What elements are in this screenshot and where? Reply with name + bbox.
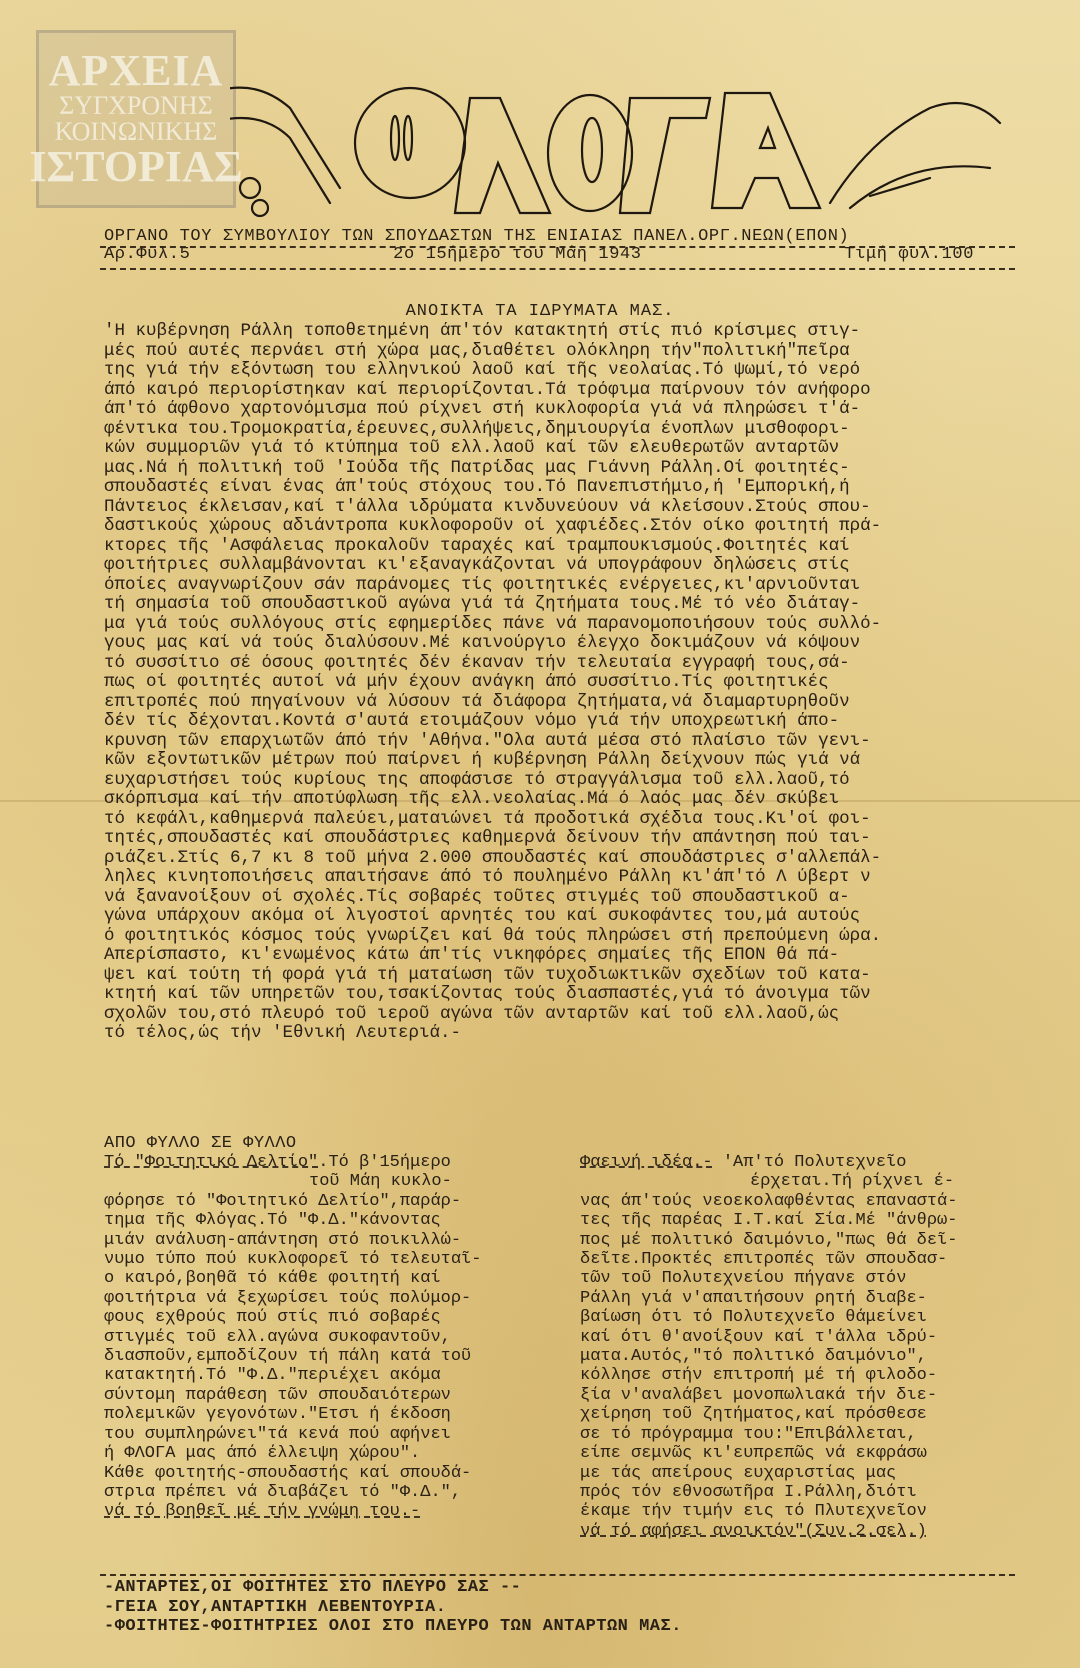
- column-line: με τάς απείρους ευχαριστίας μας: [580, 1464, 1010, 1483]
- column-line: πολεμικῶν γεγονότων."Ετσι ή έκδοση: [104, 1405, 534, 1424]
- article-line: 'Η κυβέρνηση Ράλλη τοποθετημένη άπ'τόν κ…: [104, 322, 1004, 342]
- article-line: επιτροπές πού πηγαίνουν νά λύσουν τά διά…: [104, 693, 1004, 713]
- column-line: καί ότι θ'ανοίξουν καί τ'άλλα ιδρύ-: [580, 1328, 1010, 1347]
- watermark-line-2: ΣΥΓΧΡΟΝΗΣ: [59, 93, 213, 119]
- article-line: ό φοιτητικός κόσμος τούς γνωρίζει καί θά…: [104, 927, 1004, 947]
- article-line: πως οί φοιτητές αυτοί νά μήν έχουν ανάγκ…: [104, 673, 1004, 693]
- left-headline-row: Τό "Φοιτητικό Δελτίο".Τό β'15ήμερο: [104, 1153, 534, 1172]
- column-line: τες τῆς παρέας Ι.Τ.καί Σία.Μέ "άνθρω-: [580, 1211, 1010, 1230]
- column-line: τῶν τοῦ Πολυτεχνείου πήγανε στόν: [580, 1269, 1010, 1288]
- column-line: μιάν ανάλυση-απάντηση στό ποικιλλώ-: [104, 1231, 534, 1250]
- column-line: σύντομη παράθεση τῶν σπουδαιότερων: [104, 1386, 534, 1405]
- column-line: στρια πρέπει νά διαβάζει τό "Φ.Δ.",: [104, 1483, 534, 1502]
- article-line: τή σημασία τοῦ σπουδαστικοῦ αγώνα γιά τά…: [104, 595, 1004, 615]
- masthead-logo-icon: [230, 78, 1010, 218]
- column-line: Ράλλη γιά ν'απαιτήσουν ρητή διαβε-: [580, 1289, 1010, 1308]
- newspaper-page: ΑΡΧΕΙΑ ΣΥΓΧΡΟΝΗΣ ΚΟΙΝΩΝΙΚΗΣ ΙΣΤΟΡΙΑΣ ΦΛΟ…: [0, 0, 1080, 1668]
- column-line: έκαμε τήν τιμήν εις τό Πλυτεχνεῖον: [580, 1502, 1010, 1521]
- article-line: δέν τίς δέχονται.Κοντά σ'αυτά ετοιμάζουν…: [104, 712, 1004, 732]
- column-line: πρός τόν εθνοσωτῆρα Ι.Ράλλη,διότι: [580, 1483, 1010, 1502]
- article-line: Πάντειος έκλεισαν,καί τ'άλλα ιδρύματα κι…: [104, 498, 1004, 518]
- column-line: τοῦ Μάη κυκλο-: [104, 1172, 534, 1191]
- left-headline-rest: .Τό β'15ήμερο: [318, 1153, 451, 1172]
- column-line: τημα τῆς Φλόγας.Τό "Φ.Δ."κάνοντας: [104, 1211, 534, 1230]
- section-heading: ΑΠΟ ΦΥΛΛΟ ΣΕ ΦΥΛΛΟ: [104, 1134, 297, 1153]
- column-line: πος μέ πολιτικό δαιμόνιο,"πως θά δεῖ-: [580, 1231, 1010, 1250]
- article-line: δαστικούς χώρους αδιάντροπα κυκλοφοροῦν …: [104, 517, 1004, 537]
- article-line: σχολῶν του,στό πλευρό τοῦ ιεροῦ αγώνα τῶ…: [104, 1005, 1004, 1025]
- column-line: έρχεται.Τή ρίχνει έ-: [580, 1172, 1010, 1191]
- article-line: κτητή καί τῶν υπηρετῶν του,τσακίζοντας τ…: [104, 985, 1004, 1005]
- article-line: τητές,σπουδαστές καί σπουδάστριες καθημε…: [104, 829, 1004, 849]
- article-line: κῶν εξοντωτικῶν μέτρων πού παίρνει ή κυβ…: [104, 751, 1004, 771]
- article-line: τό τέλος,ώς τήν 'Εθνική Λευτεριά.-: [104, 1024, 1004, 1044]
- column-line: κατακτητή.Τό "Φ.Δ."περιέχει ακόμα: [104, 1366, 534, 1385]
- article-line: μα γιά τούς συλλόγους στίς εφημερίδες πά…: [104, 615, 1004, 635]
- column-line: βαίωση ότι τό Πολυτεχνεῖο θάμείνει: [580, 1308, 1010, 1327]
- column-line: ματα.Αυτός,"τό πολιτικό δαιμόνιο",: [580, 1347, 1010, 1366]
- slogans-block: -ΑΝΤΑΡΤΕΣ,ΟΙ ΦΟΙΤΗΤΕΣ ΣΤΟ ΠΛΕΥΡΟ ΣΑΣ -- …: [104, 1578, 682, 1637]
- left-column-article: Τό "Φοιτητικό Δελτίο".Τό β'15ήμερο τοῦ Μ…: [104, 1153, 534, 1522]
- article-line: κρυνση τῶν επαρχιωτῶν άπό τήν 'Αθήνα."Ολ…: [104, 732, 1004, 752]
- column-line: ή ΦΛΟΓΑ μας άπό έλλειψη χώρου".: [104, 1444, 534, 1463]
- article-line: μας.Νά ή πολιτική τοῦ 'Ιούδα τῆς Πατρίδα…: [104, 459, 1004, 479]
- article-line: τό κεφάλι,καθημερνά παλεύει,ματαιώνει τά…: [104, 810, 1004, 830]
- column-line: ξία ν'αναλάβει μονοπωλιακά τήν διε-: [580, 1386, 1010, 1405]
- article-line: σπουδαστές είναι ένας άπ'τούς στόχους το…: [104, 478, 1004, 498]
- column-line: χείρηση τοῦ ζητήματος,καί πρόσθεσε: [580, 1405, 1010, 1424]
- left-headline: Τό "Φοιτητικό Δελτίο": [104, 1153, 318, 1172]
- article-line: σκόρπισμα καί τήν αποτύφλωση τῆς ελλ.νεο…: [104, 790, 1004, 810]
- article-line: ψει καί τούτη τή φορά γιά τή ματαίωση τῶ…: [104, 966, 1004, 986]
- issue-date: 2ο 15ήμερο του Μάη 1943: [393, 245, 641, 264]
- watermark-line-4: ΙΣΤΟΡΙΑΣ: [29, 145, 242, 189]
- article-line: ευχαριστήσει τούς κυρίους της αποφάσισε …: [104, 771, 1004, 791]
- column-line: στιγμές τοῦ ελλ.αγώνα συκοφαντοῦν,: [104, 1328, 534, 1347]
- slogan-line: -ΓΕΙΑ ΣΟΥ,ΑΝΤΑΡΤΙΚΗ ΛΕΒΕΝΤΟΥΡΙΑ.: [104, 1598, 682, 1618]
- article-line: μές πού αυτές περνάει στή χώρα μας,διαθέ…: [104, 342, 1004, 362]
- column-line: σε τό πρόγραμμα του:"Επιβάλλεται,: [580, 1425, 1010, 1444]
- column-line: δεῖτε.Προκτές επιτροπές τῶν σπουδασ-: [580, 1250, 1010, 1269]
- main-article-title: ΑΝΟΙΚΤΑ ΤΑ ΙΔΡΥΜΑΤΑ ΜΑΣ.: [0, 302, 1080, 321]
- right-headline: Φαεινή ιδέα.-: [580, 1153, 713, 1172]
- column-line: νά τό αφήσει ανοικτόν"(Συν.2.σελ.): [580, 1522, 1010, 1541]
- column-line: ο καιρό,βοηθᾶ τό κάθε φοιτητή καί: [104, 1269, 534, 1288]
- column-line: νυμο τύπο πού κυκλοφορεῖ τό τελευταῖ-: [104, 1250, 534, 1269]
- column-line: Κάθε φοιτητής-σπουδαστής καί σπουδά-: [104, 1464, 534, 1483]
- column-line: φους εχθρούς πού στίς πιό σοβαρές: [104, 1308, 534, 1327]
- article-line: τό συσσίτιο σέ όσους φοιτητές δέν έκαναν…: [104, 654, 1004, 674]
- watermark-line-1: ΑΡΧΕΙΑ: [49, 49, 224, 93]
- column-line: διασποῦν,εμποδίζουν τή πάλη κατά τοῦ: [104, 1347, 534, 1366]
- article-line: κτορες τῆς 'Ασφάλειας προκαλοῦν ταραχές …: [104, 537, 1004, 557]
- issue-meta-line: Αρ.Φυλ.5 2ο 15ήμερο του Μάη 1943 Τιμή φυ…: [104, 245, 1014, 264]
- masthead: ΦΛΟΓΑ: [230, 78, 1010, 218]
- article-line: της γιά τήν εξόντωση του ελληνικού λαοῦ …: [104, 361, 1004, 381]
- archive-watermark: ΑΡΧΕΙΑ ΣΥΓΧΡΟΝΗΣ ΚΟΙΝΩΝΙΚΗΣ ΙΣΤΟΡΙΑΣ: [36, 30, 236, 208]
- article-line: νά ξανανοίξουν οί σχολές.Τίς σοβαρές τοῦ…: [104, 888, 1004, 908]
- column-line: κόλλησε στήν επιτροπή μέ τή φιλοδο-: [580, 1366, 1010, 1385]
- article-line: άπ'τό άφθονο χαρτονόμισμα πού ρίχνει στή…: [104, 400, 1004, 420]
- organ-line: ΟΡΓΑΝΟ ΤΟΥ ΣΥΜΒΟΥΛΙΟΥ ΤΩΝ ΣΠΟΥΔΑΣΤΩΝ ΤΗΣ…: [104, 227, 1014, 246]
- column-line: νά τό βοηθεῖ μέ τήν γνώμη του.-: [104, 1502, 534, 1521]
- column-line: φοιτήτρια νά ξεχωρίσει τούς πολύμορ-: [104, 1289, 534, 1308]
- article-line: ριάζει.Στίς 6,7 κι 8 τοῦ μήνα 2.000 σπου…: [104, 849, 1004, 869]
- column-line: φόρησε τό "Φοιτητικό Δελτίο",παράρ-: [104, 1192, 534, 1211]
- column-line: νας άπ'τούς νεοεκολαφθέντας επαναστά-: [580, 1192, 1010, 1211]
- article-line: γους μας καί νά τούς διαλύσουν.Μέ καινού…: [104, 634, 1004, 654]
- article-line: φέντικα του.Τρομοκρατία,έρευνες,συλλήψει…: [104, 420, 1004, 440]
- slogans-rule: [100, 1574, 1015, 1576]
- column-line: είπε σεμνῶς κι'ευπρεπῶς νά εκφράσω: [580, 1444, 1010, 1463]
- article-line: άπό καιρό περιορίστηκαν καί περιορίζοντα…: [104, 381, 1004, 401]
- right-column-article: Φαεινή ιδέα.- 'Απ'τό Πολυτεχνεῖο έρχεται…: [580, 1153, 1010, 1541]
- issue-number: Αρ.Φυλ.5: [104, 245, 190, 264]
- slogan-line: -ΦΟΙΤΗΤΕΣ-ΦΟΙΤΗΤΡΙΕΣ ΟΛΟΙ ΣΤΟ ΠΛΕΥΡΟ ΤΩΝ…: [104, 1617, 682, 1637]
- article-line: Απερίσπαστο, κι'ενωμένος κάτω άπ'τίς νικ…: [104, 946, 1004, 966]
- article-line: φοιτήτριες συλλαμβάνονται κι'εξαναγκάζον…: [104, 556, 1004, 576]
- article-line: όποίες αναγνωρίζουν σάν παράνομες τίς φο…: [104, 576, 1004, 596]
- header-rule-bottom: [100, 268, 1015, 270]
- slogan-line: -ΑΝΤΑΡΤΕΣ,ΟΙ ΦΟΙΤΗΤΕΣ ΣΤΟ ΠΛΕΥΡΟ ΣΑΣ --: [104, 1578, 682, 1598]
- issue-price: Τιμή φυλ.100: [844, 245, 974, 264]
- main-article-body: 'Η κυβέρνηση Ράλλη τοποθετημένη άπ'τόν κ…: [104, 322, 1004, 1044]
- article-line: ληλες κινητοποιήσεις απαιτήσανε άπό τό π…: [104, 868, 1004, 888]
- article-line: κών συμμοριῶν γιά τό κτύπημα τοῦ ελλ.λαο…: [104, 439, 1004, 459]
- article-line: γώνα υπάρχουν ακόμα οί λιγοστοί αρνητές …: [104, 907, 1004, 927]
- right-headline-rest: 'Απ'τό Πολυτεχνεῖο: [713, 1153, 907, 1172]
- right-headline-row: Φαεινή ιδέα.- 'Απ'τό Πολυτεχνεῖο: [580, 1153, 1010, 1172]
- column-line: του συμπληρώνει"τά κενά πού αφήνει: [104, 1425, 534, 1444]
